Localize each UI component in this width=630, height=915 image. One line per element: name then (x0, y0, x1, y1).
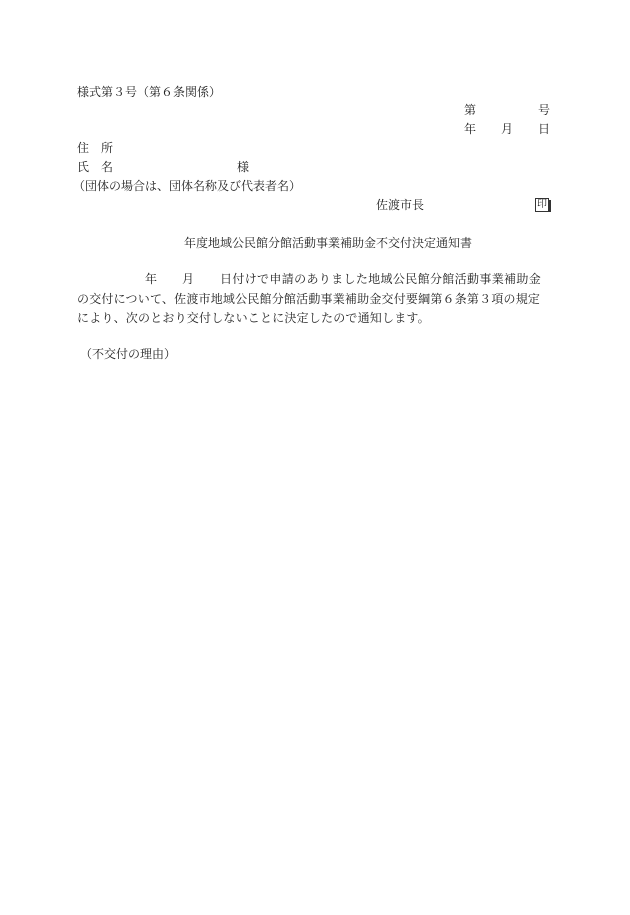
seal-icon: 印 (535, 198, 549, 212)
date-year: 年 (464, 122, 476, 136)
body-line-2: の交付について、佐渡市地域公民館分館活動事業補助金交付要綱第６条第３項の規定 (77, 292, 540, 306)
body-month: 月 (182, 272, 194, 286)
honorific: 様 (237, 160, 249, 174)
group-note: （団体の場合は、団体名称及び代表者名） (73, 179, 301, 193)
date-day: 日 (538, 122, 550, 136)
body-line-1-rest: 日付けで申請のありました地域公民館分館活動事業補助金 (220, 272, 541, 286)
document-title: 年度地域公民館分館活動事業補助金不交付決定通知書 (184, 236, 472, 250)
address-label: 住 所 (77, 141, 113, 155)
reason-label: （不交付の理由） (80, 347, 176, 361)
issuer-title: 佐渡市長 (376, 198, 424, 212)
form-label: 様式第３号（第６条関係） (77, 85, 221, 99)
date-month: 月 (501, 122, 513, 136)
body-year: 年 (145, 272, 157, 286)
doc-number-suffix: 号 (538, 103, 550, 117)
body-line-3: により、次のとおり交付しないことに決定したので通知します。 (77, 311, 430, 325)
doc-number-prefix: 第 (464, 103, 476, 117)
name-label: 氏 名 (77, 160, 113, 174)
